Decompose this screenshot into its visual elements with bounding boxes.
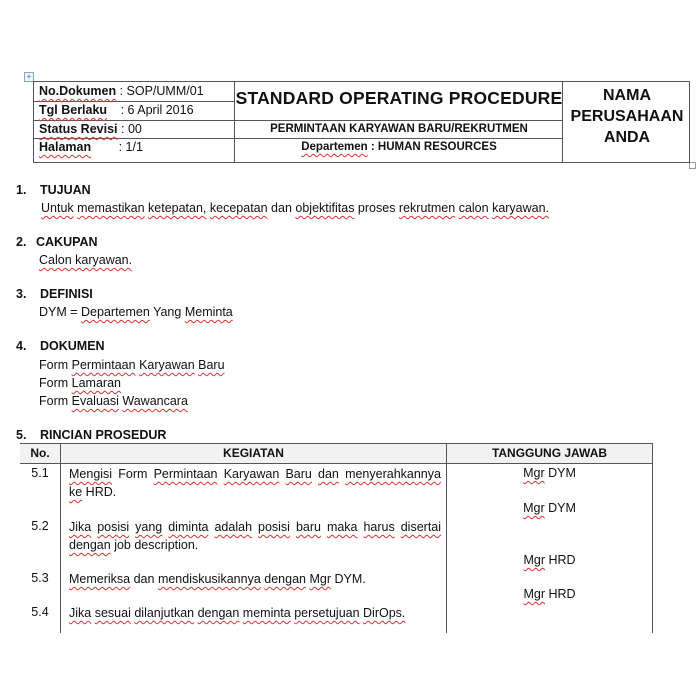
section-cakupan-heading: 2.CAKUPAN (16, 235, 98, 249)
company-name-line: NAMA (563, 85, 691, 106)
table-resize-handle-icon[interactable] (689, 162, 696, 169)
row-number: 5.1 (20, 466, 60, 480)
row-activity: Memeriksa dan mendiskusikannya dengan Mg… (69, 570, 441, 588)
row-responsible: Mgr DYM (447, 466, 652, 480)
department-value: : HUMAN RESOURCES (371, 141, 497, 153)
divider (652, 443, 653, 633)
column-header-no: No. (20, 446, 60, 460)
revision-row: Status Revisi : 00 (39, 122, 142, 136)
effective-date-value: : 6 April 2016 (121, 103, 194, 117)
section-title: TUJUAN (40, 183, 91, 197)
revision-label: Status Revisi (39, 122, 118, 136)
doc-number-value: : SOP/UMM/01 (120, 84, 204, 98)
department-label: Departemen (301, 141, 367, 153)
section-dokumen-list: Form Permintaan Karyawan Baru Form Lamar… (39, 356, 225, 410)
section-tujuan-text: Untuk memastikan ketepatan, kecepatan da… (41, 201, 549, 215)
section-title: DEFINISI (40, 287, 93, 301)
row-activity: Mengisi Form Permintaan Karyawan Baru da… (69, 465, 441, 501)
procedure-table: No. KEGIATAN TANGGUNG JAWAB 5.1 Mengisi … (20, 443, 653, 633)
row-activity: Jika sesuai dilanjutkan dengan meminta p… (69, 604, 441, 622)
divider (60, 443, 61, 633)
section-number: 5. (16, 428, 40, 442)
row-number: 5.2 (20, 519, 60, 533)
section-prosedur-heading: 5.RINCIAN PROSEDUR (16, 428, 166, 442)
section-cakupan-text: Calon karyawan. (39, 253, 132, 267)
effective-date-row: Tgl Berlaku : 6 April 2016 (39, 103, 194, 117)
page-label: Halaman (39, 140, 91, 154)
row-responsible: Mgr DYM (447, 501, 652, 515)
row-responsible: Mgr HRD (447, 587, 652, 601)
row-number: 5.3 (20, 571, 60, 585)
revision-value: : 00 (121, 122, 142, 136)
divider (34, 101, 234, 102)
doc-number-row: No.Dokumen : SOP/UMM/01 (39, 84, 204, 98)
section-title: RINCIAN PROSEDUR (40, 428, 166, 442)
section-tujuan-heading: 1.TUJUAN (16, 183, 91, 197)
company-name-line: PERUSAHAAN (563, 106, 691, 127)
section-title: DOKUMEN (40, 339, 105, 353)
company-name-line: ANDA (563, 127, 691, 148)
section-title: CAKUPAN (36, 235, 98, 249)
section-number: 2. (16, 235, 36, 249)
document-item: Form Evaluasi Wawancara (39, 392, 225, 410)
section-number: 3. (16, 287, 40, 301)
row-number: 5.4 (20, 605, 60, 619)
sop-subtitle: PERMINTAAN KARYAWAN BARU/REKRUTMEN (235, 123, 563, 135)
doc-number-label: No.Dokumen (39, 84, 116, 98)
section-number: 4. (16, 339, 40, 353)
section-definisi-text: DYM = Departemen Yang Meminta (39, 305, 233, 319)
document-item: Form Lamaran (39, 374, 225, 392)
row-activity: Jika posisi yang diminta adalah posisi b… (69, 518, 441, 554)
document-header-table: No.Dokumen : SOP/UMM/01 Tgl Berlaku : 6 … (33, 81, 690, 163)
divider (20, 443, 653, 444)
document-item: Form Permintaan Karyawan Baru (39, 356, 225, 374)
section-number: 1. (16, 183, 40, 197)
page-value: : 1/1 (119, 140, 143, 154)
divider (34, 120, 562, 121)
page-row: Halaman : 1/1 (39, 140, 143, 154)
divider (34, 138, 562, 139)
column-header-tanggung-jawab: TANGGUNG JAWAB (447, 446, 652, 460)
section-definisi-heading: 3.DEFINISI (16, 287, 93, 301)
department-row: Departemen : HUMAN RESOURCES (235, 141, 563, 153)
section-dokumen-heading: 4.DOKUMEN (16, 339, 105, 353)
sop-title: STANDARD OPERATING PROCEDURE (235, 88, 563, 109)
row-responsible: Mgr HRD (447, 553, 652, 567)
column-header-kegiatan: KEGIATAN (61, 446, 446, 460)
company-name: NAMA PERUSAHAAN ANDA (563, 85, 691, 148)
effective-date-label: Tgl Berlaku (39, 103, 107, 117)
